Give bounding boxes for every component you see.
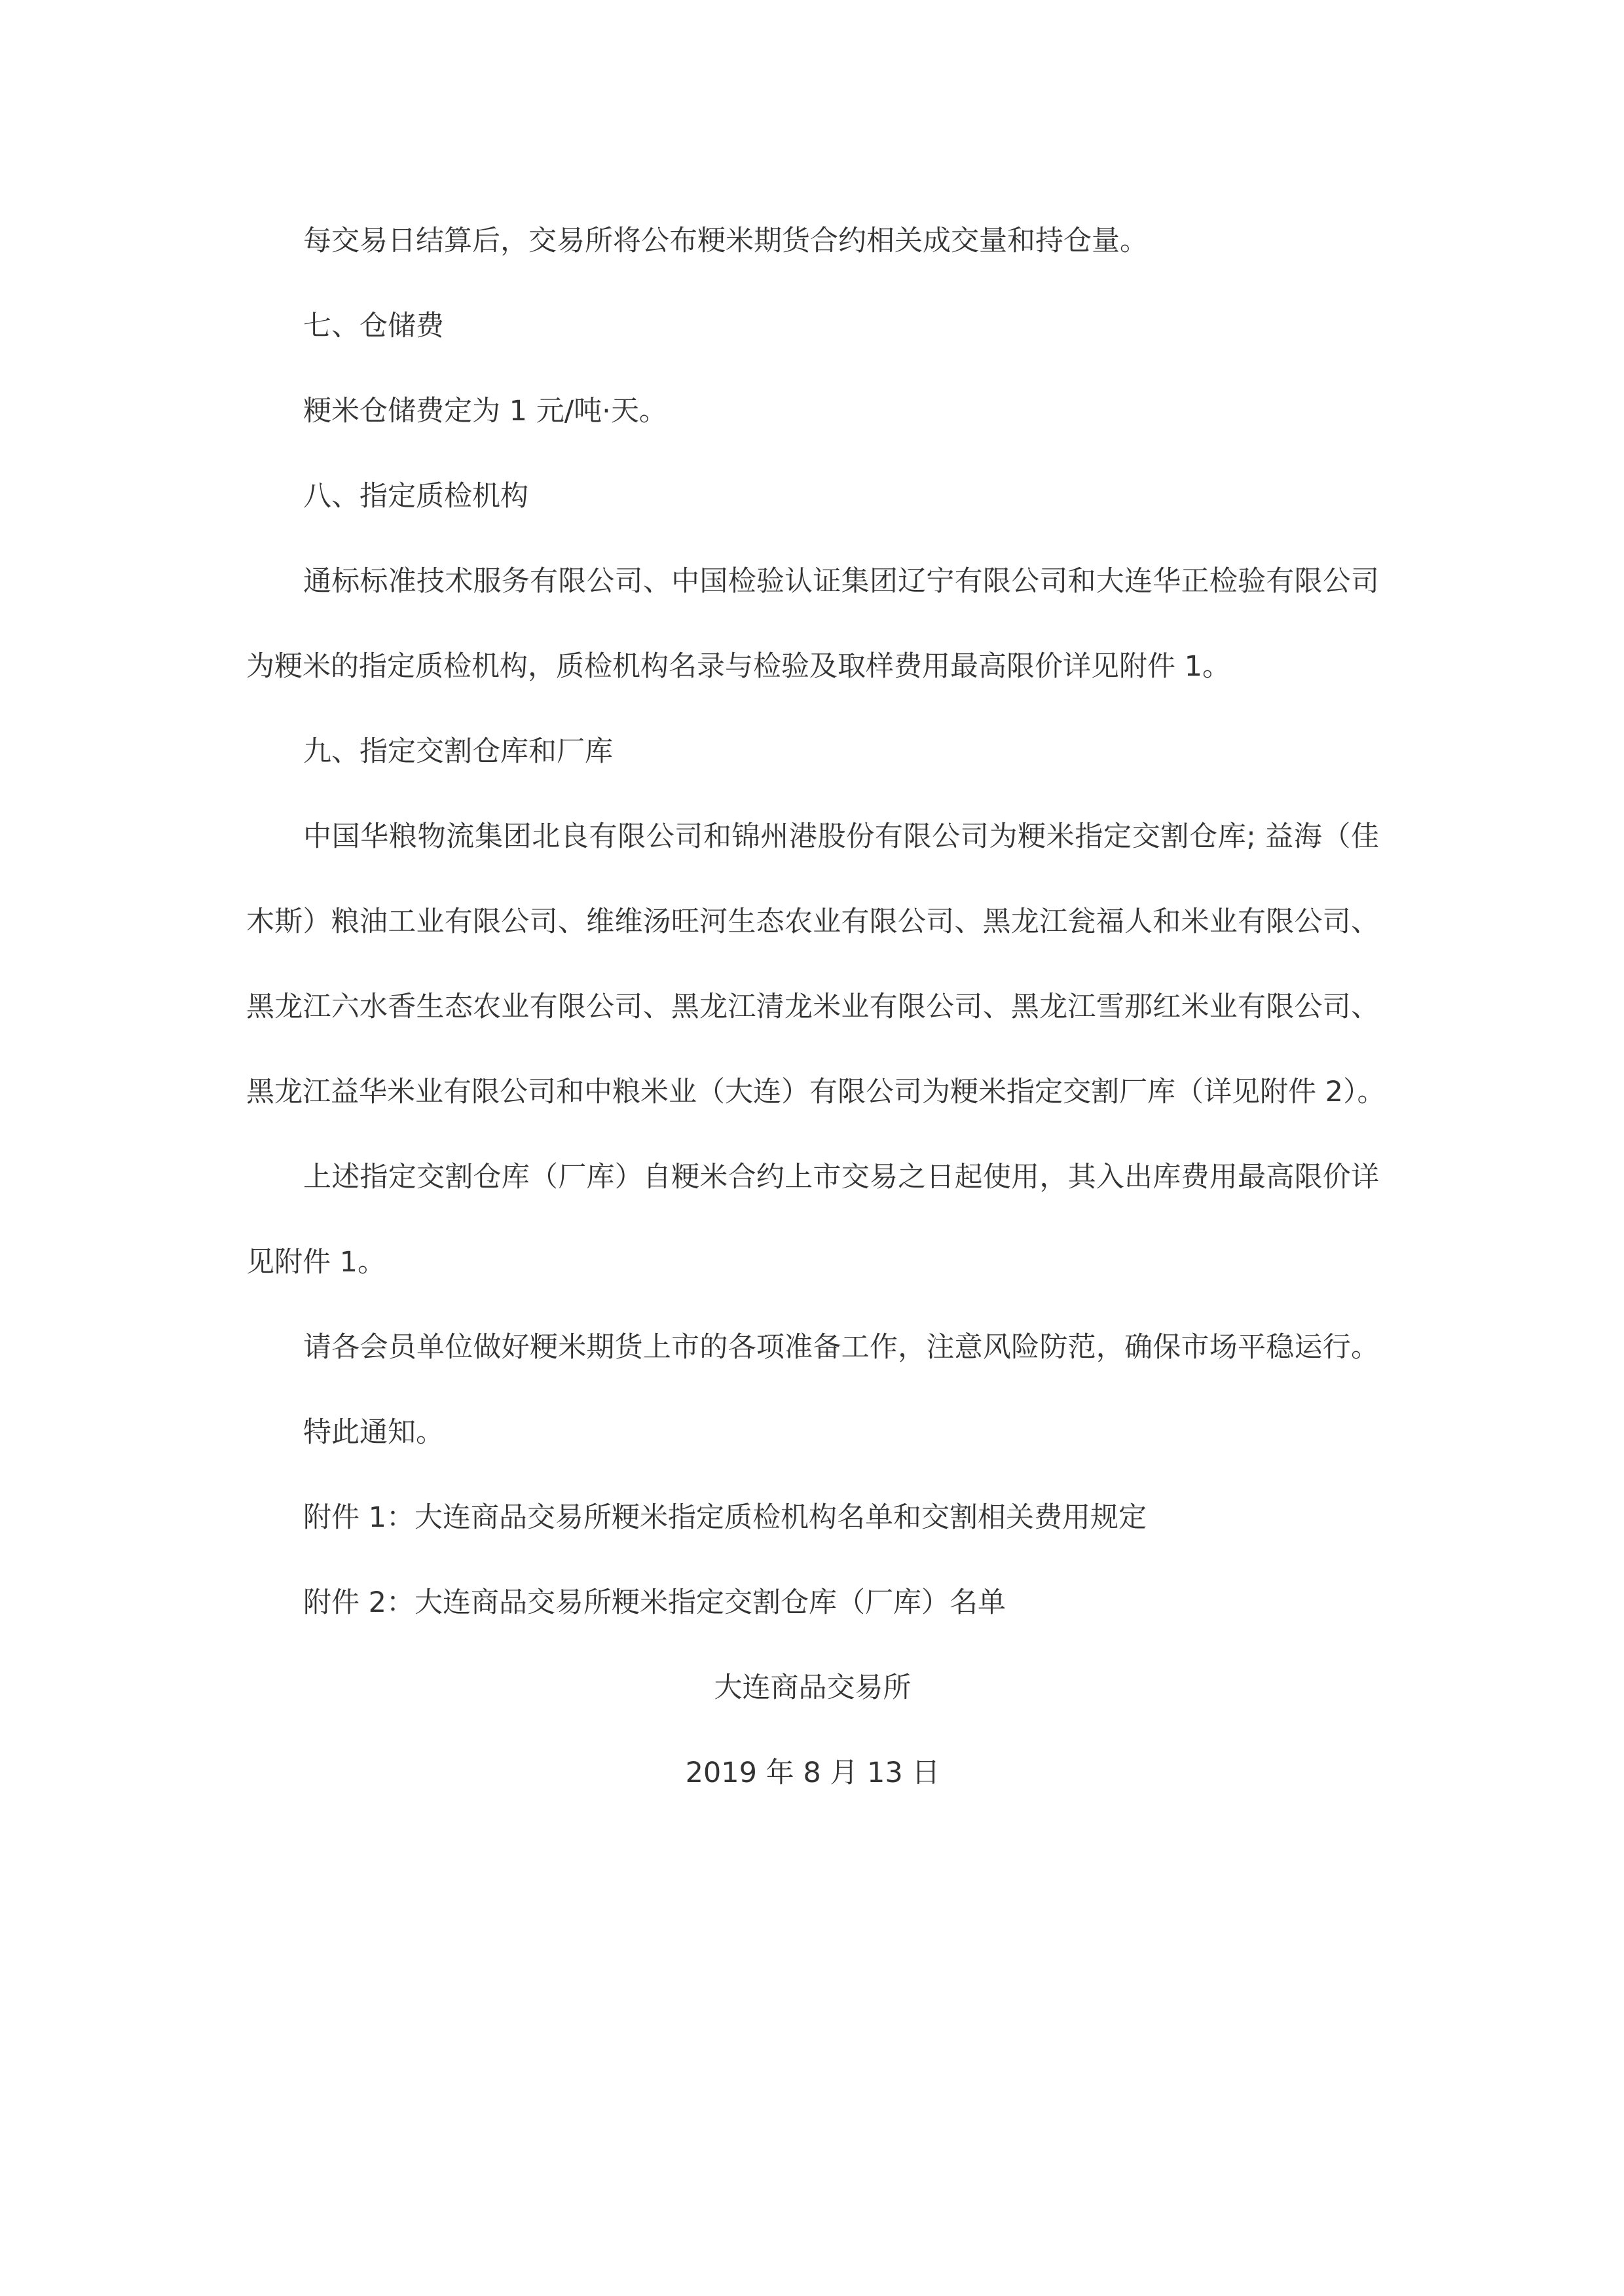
paragraph-inspection-agencies: 通标标准技术服务有限公司、中国检验认证集团辽宁有限公司和大连华正检验有限公司 为… bbox=[246, 539, 1379, 709]
paragraph-delivery-warehouses: 中国华粮物流集团北良有限公司和锦州港股份有限公司为粳米指定交割仓库; 益海（佳 … bbox=[246, 794, 1379, 1135]
paragraph-line: 上述指定交割仓库（厂库）自粳米合约上市交易之日起使用，其入出库费用最高限价详 bbox=[246, 1135, 1379, 1220]
section-heading-storage-fee: 七、仓储费 bbox=[246, 283, 1379, 369]
document-page: 每交易日结算后，交易所将公布粳米期货合约相关成交量和持仓量。 七、仓储费 粳米仓… bbox=[246, 198, 1379, 1815]
attachment-1-reference: 附件 1：大连商品交易所粳米指定质检机构名单和交割相关费用规定 bbox=[246, 1475, 1379, 1560]
paragraph-line: 黑龙江六水香生态农业有限公司、黑龙江清龙米业有限公司、黑龙江雪那红米业有限公司、 bbox=[246, 964, 1379, 1049]
section-heading-inspection-agencies: 八、指定质检机构 bbox=[246, 454, 1379, 539]
signature-issuer: 大连商品交易所 bbox=[246, 1645, 1379, 1730]
section-heading-delivery-warehouses: 九、指定交割仓库和厂库 bbox=[246, 709, 1379, 794]
paragraph-closing: 特此通知。 bbox=[246, 1390, 1379, 1475]
signature-date: 2019 年 8 月 13 日 bbox=[246, 1730, 1379, 1815]
paragraph-line: 木斯）粮油工业有限公司、维维汤旺河生态农业有限公司、黑龙江瓮福人和米业有限公司、 bbox=[246, 879, 1379, 964]
attachment-2-reference: 附件 2：大连商品交易所粳米指定交割仓库（厂库）名单 bbox=[246, 1560, 1379, 1645]
paragraph-line: 黑龙江益华米业有限公司和中粮米业（大连）有限公司为粳米指定交割厂库（详见附件 2… bbox=[246, 1049, 1379, 1135]
paragraph-preparation-notice: 请各会员单位做好粳米期货上市的各项准备工作，注意风险防范，确保市场平稳运行。 bbox=[246, 1305, 1379, 1390]
paragraph-line: 通标标准技术服务有限公司、中国检验认证集团辽宁有限公司和大连华正检验有限公司 bbox=[246, 539, 1379, 624]
paragraph-warehouse-usage: 上述指定交割仓库（厂库）自粳米合约上市交易之日起使用，其入出库费用最高限价详 见… bbox=[246, 1135, 1379, 1305]
paragraph-trade-stats: 每交易日结算后，交易所将公布粳米期货合约相关成交量和持仓量。 bbox=[246, 198, 1379, 283]
paragraph-line: 见附件 1。 bbox=[246, 1220, 1379, 1305]
paragraph-line: 为粳米的指定质检机构，质检机构名录与检验及取样费用最高限价详见附件 1。 bbox=[246, 624, 1379, 709]
paragraph-storage-fee: 粳米仓储费定为 1 元/吨·天。 bbox=[246, 369, 1379, 454]
paragraph-line: 中国华粮物流集团北良有限公司和锦州港股份有限公司为粳米指定交割仓库; 益海（佳 bbox=[246, 794, 1379, 879]
